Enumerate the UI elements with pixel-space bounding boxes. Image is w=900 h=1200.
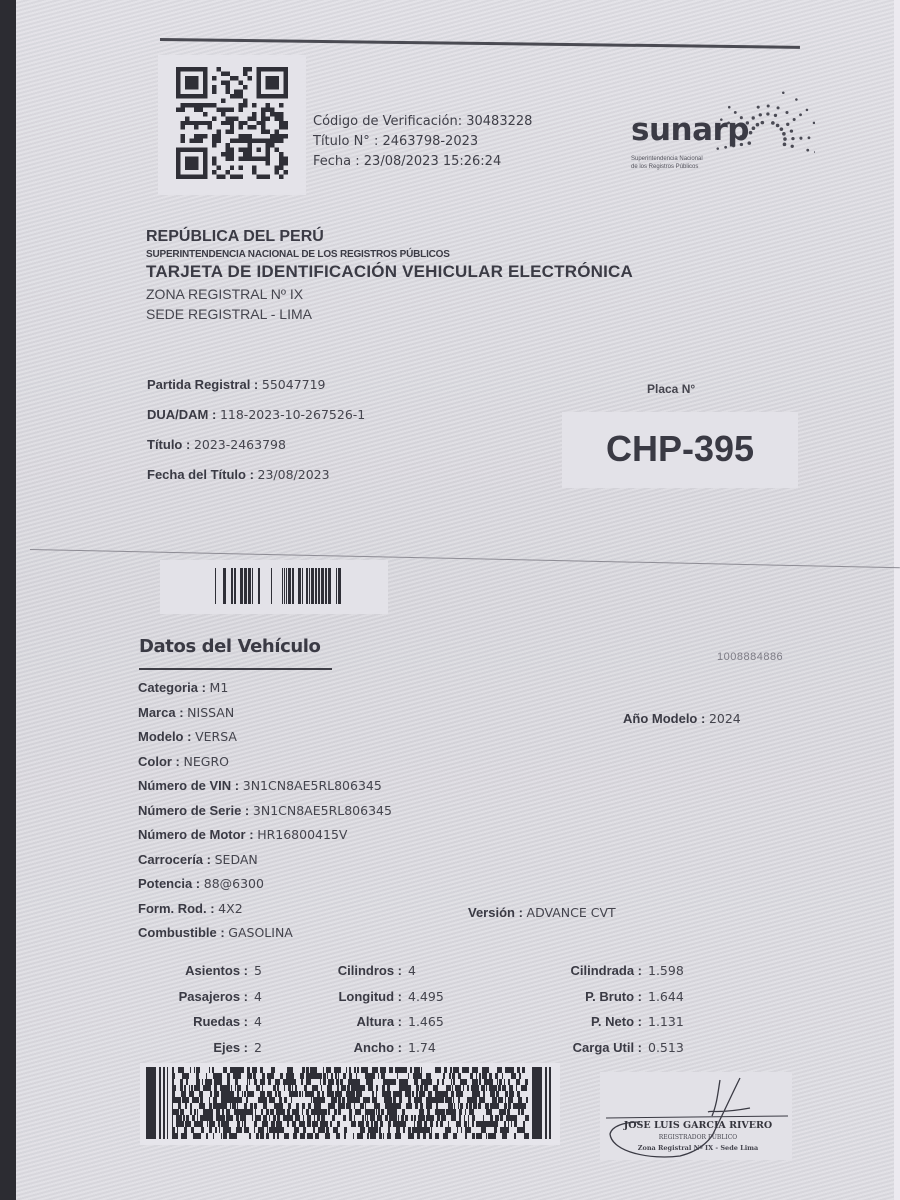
logo-wordmark: sunarp bbox=[631, 112, 749, 148]
field-anio-modelo: Año Modelo : 2024 bbox=[623, 711, 741, 726]
background-edge-left bbox=[0, 0, 16, 1200]
field-titulo: Título : 2023-2463798 bbox=[147, 430, 365, 460]
pdf417-barcode-panel bbox=[140, 1063, 560, 1145]
agency-heading: SUPERINTENDENCIA NACIONAL DE LOS REGISTR… bbox=[146, 249, 633, 260]
country-heading: REPÚBLICA DEL PERÚ bbox=[146, 228, 633, 246]
field-fecha-titulo: Fecha del Título : 23/08/2023 bbox=[147, 460, 365, 490]
zona-registral: ZONA REGISTRAL Nº IX bbox=[146, 286, 633, 302]
registry-fields: Partida Registral : 55047719 DUA/DAM : 1… bbox=[147, 370, 365, 490]
verification-title-number: Título N° : 2463798-2023 bbox=[313, 132, 532, 152]
field-longitud: Longitud :4.495 bbox=[318, 984, 444, 1010]
plate-number: CHP-395 bbox=[562, 428, 798, 470]
document-serial-number: 1008884886 bbox=[717, 651, 783, 663]
field-serie: Número de Serie : 3N1CN8AE5RL806345 bbox=[138, 799, 392, 824]
pdf417-barcode-icon bbox=[146, 1067, 554, 1139]
signatory-role: REGISTRADOR PÚBLICO bbox=[608, 1134, 788, 1141]
field-peso-neto: P. Neto :1.131 bbox=[548, 1009, 684, 1035]
field-combustible: Combustible : GASOLINA bbox=[138, 921, 392, 946]
field-potencia: Potencia : 88@6300 bbox=[138, 872, 392, 897]
field-color: Color : NEGRO bbox=[138, 750, 392, 775]
field-version: Versión : ADVANCE CVT bbox=[468, 905, 616, 920]
sunarp-logo: sunarp Superintendencia Nacional de los … bbox=[625, 82, 815, 187]
field-categoria: Categoria : M1 bbox=[138, 676, 392, 701]
field-peso-bruto: P. Bruto :1.644 bbox=[548, 984, 684, 1010]
vehicle-section-title: Datos del Vehículo bbox=[139, 636, 321, 657]
barcode-icon bbox=[208, 568, 348, 604]
field-asientos: Asientos :5 bbox=[130, 958, 262, 984]
qr-code-panel bbox=[158, 55, 306, 195]
field-motor: Número de Motor : HR16800415V bbox=[138, 823, 392, 848]
verification-block: Código de Verificación: 30483228 Título … bbox=[313, 112, 532, 172]
specs-column-capacity: Asientos :5 Pasajeros :4 Ruedas :4 Ejes … bbox=[130, 958, 262, 1060]
sede-registral: SEDE REGISTRAL - LIMA bbox=[146, 306, 633, 322]
document-header: REPÚBLICA DEL PERÚ SUPERINTENDENCIA NACI… bbox=[146, 228, 633, 322]
verification-date: Fecha : 23/08/2023 15:26:24 bbox=[313, 152, 532, 172]
field-form-rod: Form. Rod. : 4X2 bbox=[138, 897, 392, 922]
field-cilindrada: Cilindrada :1.598 bbox=[548, 958, 684, 984]
specs-column-weights: Cilindrada :1.598 P. Bruto :1.644 P. Net… bbox=[548, 958, 684, 1060]
plate-label: Placa N° bbox=[647, 382, 695, 396]
field-altura: Altura :1.465 bbox=[318, 1009, 444, 1035]
barcode-panel bbox=[160, 560, 388, 614]
specs-column-dimensions: Cilindros :4 Longitud :4.495 Altura :1.4… bbox=[318, 958, 444, 1060]
field-carroceria: Carrocería : SEDAN bbox=[138, 848, 392, 873]
signatory-zone: Zona Registral Nº IX - Sede Lima bbox=[608, 1144, 788, 1152]
signatory-name: JOSE LUIS GARCIA RIVERO bbox=[608, 1120, 788, 1131]
field-ancho: Ancho :1.74 bbox=[318, 1035, 444, 1061]
field-carga-util: Carga Util :0.513 bbox=[548, 1035, 684, 1061]
logo-subtitle: Superintendencia Nacional de los Registr… bbox=[631, 155, 703, 171]
field-modelo: Modelo : VERSA bbox=[138, 725, 392, 750]
section-underline bbox=[139, 668, 332, 670]
plate-panel: CHP-395 bbox=[562, 412, 798, 488]
verification-code: Código de Verificación: 30483228 bbox=[313, 112, 532, 132]
vehicle-fields: Categoria : M1 Marca : NISSAN Modelo : V… bbox=[138, 676, 392, 946]
document-title: TARJETA DE IDENTIFICACIÓN VEHICULAR ELEC… bbox=[146, 262, 633, 282]
background-edge-right bbox=[894, 0, 900, 1200]
field-partida-registral: Partida Registral : 55047719 bbox=[147, 370, 365, 400]
signature-block: JOSE LUIS GARCIA RIVERO REGISTRADOR PÚBL… bbox=[600, 1072, 792, 1160]
field-dua-dam: DUA/DAM : 118-2023-10-267526-1 bbox=[147, 400, 365, 430]
field-marca: Marca : NISSAN bbox=[138, 701, 392, 726]
field-pasajeros: Pasajeros :4 bbox=[130, 984, 262, 1010]
field-ruedas: Ruedas :4 bbox=[130, 1009, 262, 1035]
qr-code-icon bbox=[176, 67, 288, 179]
field-vin: Número de VIN : 3N1CN8AE5RL806345 bbox=[138, 774, 392, 799]
field-ejes: Ejes :2 bbox=[130, 1035, 262, 1061]
field-cilindros: Cilindros :4 bbox=[318, 958, 444, 984]
